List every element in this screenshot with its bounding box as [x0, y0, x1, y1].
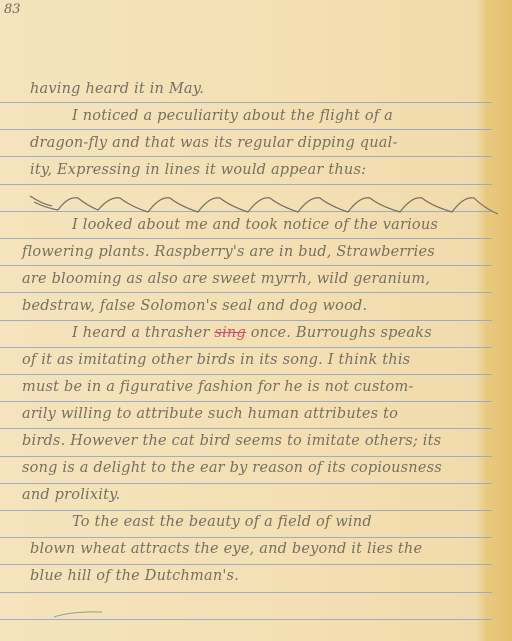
text-line: song is a delight to the ear by reason o…	[22, 460, 442, 484]
page-number: 83	[4, 2, 21, 17]
text-line: of it as imitating other birds in its so…	[22, 352, 410, 376]
dragonfly-flight-wave-icon	[28, 192, 508, 218]
text-line: are blooming as also are sweet myrrh, wi…	[22, 271, 430, 295]
text-line: must be in a figurative fashion for he i…	[22, 379, 414, 403]
text-line: I looked about me and took notice of the…	[72, 217, 438, 241]
text-segment: I heard a thrasher	[72, 325, 214, 341]
text-line: I noticed a peculiarity about the flight…	[72, 108, 393, 132]
text-line: bedstraw, false Solomon's seal and dog w…	[22, 298, 367, 322]
text-line: flowering plants. Raspberry's are in bud…	[22, 244, 435, 268]
text-line: birds. However the cat bird seems to imi…	[22, 433, 441, 457]
text-line: blue hill of the Dutchman's.	[30, 568, 239, 592]
text-line: and prolixity.	[22, 487, 120, 511]
text-line: I heard a thrasher sing once. Burroughs …	[72, 325, 432, 349]
text-line: dragon-fly and that was its regular dipp…	[30, 135, 398, 159]
text-segment: once. Burroughs speaks	[246, 325, 432, 341]
notebook-page: 83 having heard it in May. I noticed a p…	[0, 0, 512, 641]
text-line: arily willing to attribute such human at…	[22, 406, 398, 430]
text-line: To the east the beauty of a field of win…	[72, 514, 372, 538]
red-correction: sing	[214, 325, 246, 341]
text-line: ity, Expressing in lines it would appear…	[30, 162, 366, 186]
text-line: blown wheat attracts the eye, and beyond…	[30, 541, 422, 565]
ruled-line	[0, 592, 492, 593]
text-line: having heard it in May.	[30, 81, 204, 105]
stray-pencil-mark-icon	[52, 609, 112, 619]
ruled-line	[0, 619, 492, 620]
